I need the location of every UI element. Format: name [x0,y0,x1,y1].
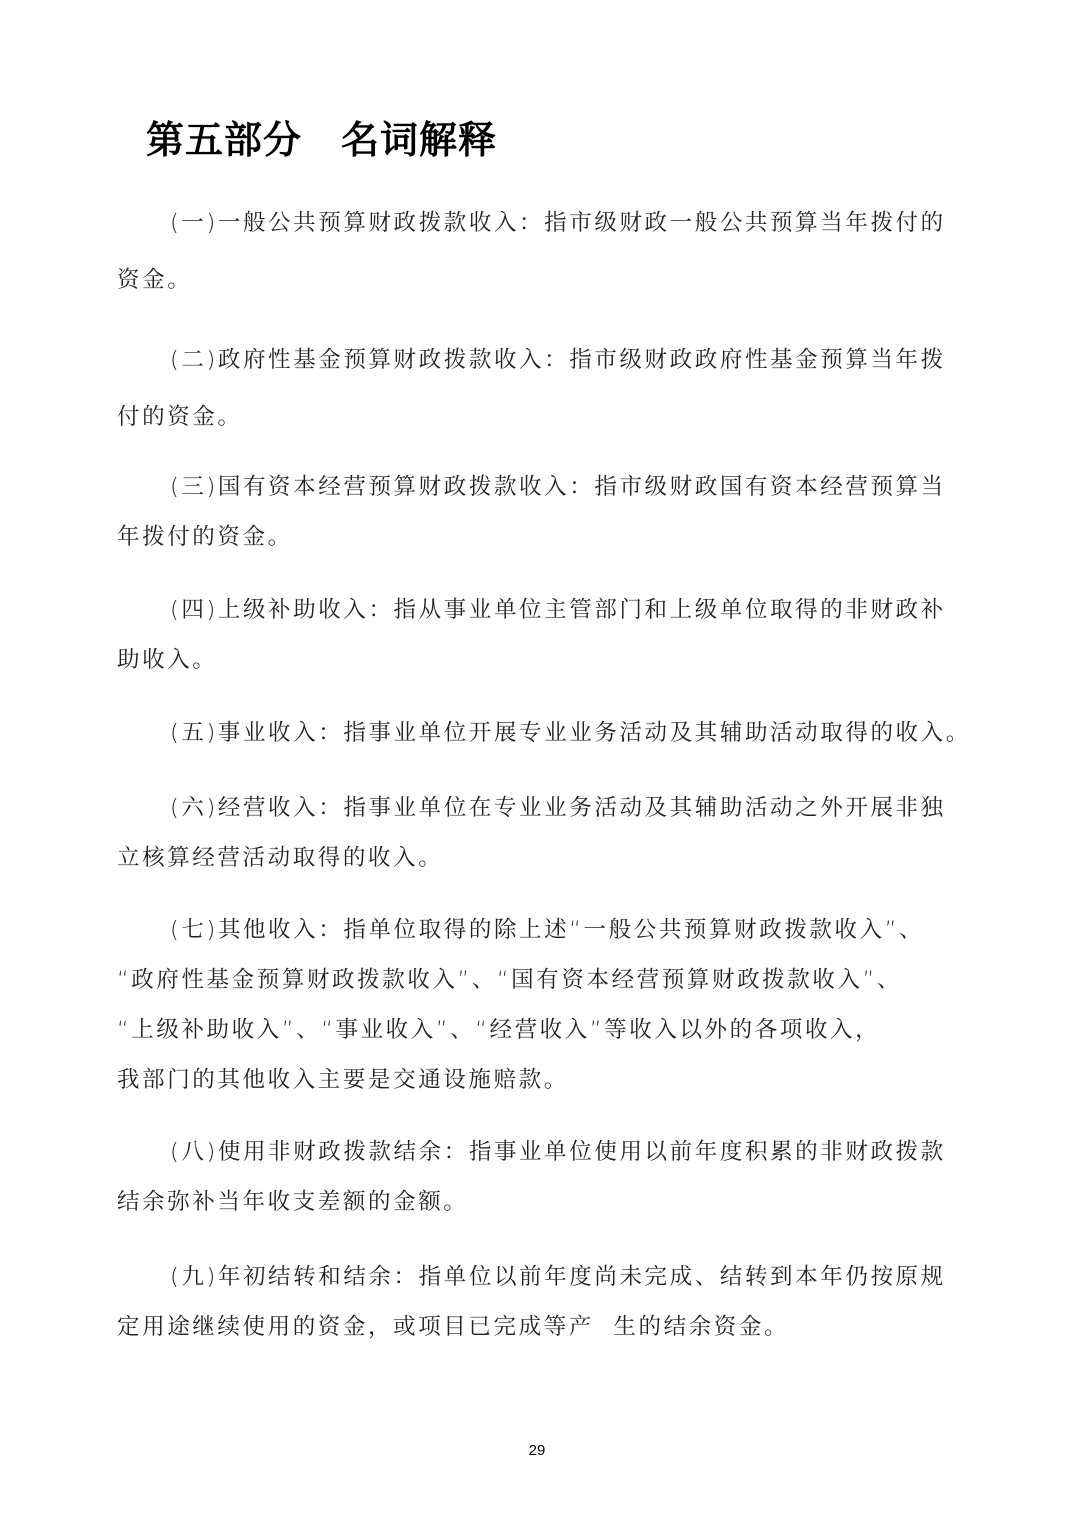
paragraph-line: (七)其他收入：指单位取得的除上述“一般公共预算财政拨款收入”、 [170,915,924,945]
paragraph-line: (九)年初结转和结余：指单位以前年度尚未完成、结转到本年仍按原规 [170,1262,946,1292]
paragraph-line: (八)使用非财政拨款结余：指事业单位使用以前年度积累的非财政拨款 [170,1137,946,1167]
paragraph-line: 立核算经营活动取得的收入。 [117,843,443,873]
paragraph-line: (六)经营收入：指事业单位在专业业务活动及其辅助活动之外开展非独 [170,793,946,823]
document-page: 第五部分 名词解释 (一)一般公共预算财政拨款收入：指市级财政一般公共预算当年拨… [0,0,1074,1520]
paragraph-line: 助收入。 [117,645,217,675]
paragraph-line: “政府性基金预算财政拨款收入”、“国有资本经营预算财政拨款收入”、 [117,965,902,995]
paragraph-line: (三)国有资本经营预算财政拨款收入：指市级财政国有资本经营预算当 [170,472,946,502]
section-title: 第五部分 名词解释 [146,112,497,168]
paragraph-line: (二)政府性基金预算财政拨款收入：指市级财政政府性基金预算当年拨 [170,345,946,375]
paragraph-line: 资金。 [117,265,192,295]
paragraph-line: 年拨付的资金。 [117,522,293,552]
paragraph-line: (四)上级补助收入：指从事业单位主管部门和上级单位取得的非财政补 [170,595,946,625]
paragraph-line: 我部门的其他收入主要是交通设施赔款。 [117,1065,569,1095]
paragraph-line: 付的资金。 [117,402,243,432]
paragraph-line: (一)一般公共预算财政拨款收入：指市级财政一般公共预算当年拨付的 [170,208,946,238]
paragraph-line: 结余弥补当年收支差额的金额。 [117,1187,468,1217]
paragraph-line: 定用途继续使用的资金，或项目已完成等产 生的结余资金。 [117,1312,789,1342]
paragraph-line: “上级补助收入”、“事业收入”、“经营收入”等收入以外的各项收入， [117,1015,880,1045]
paragraph-line: (五)事业收入：指事业单位开展专业业务活动及其辅助活动取得的收入。 [170,718,971,748]
page-number: 29 [0,1442,1074,1459]
